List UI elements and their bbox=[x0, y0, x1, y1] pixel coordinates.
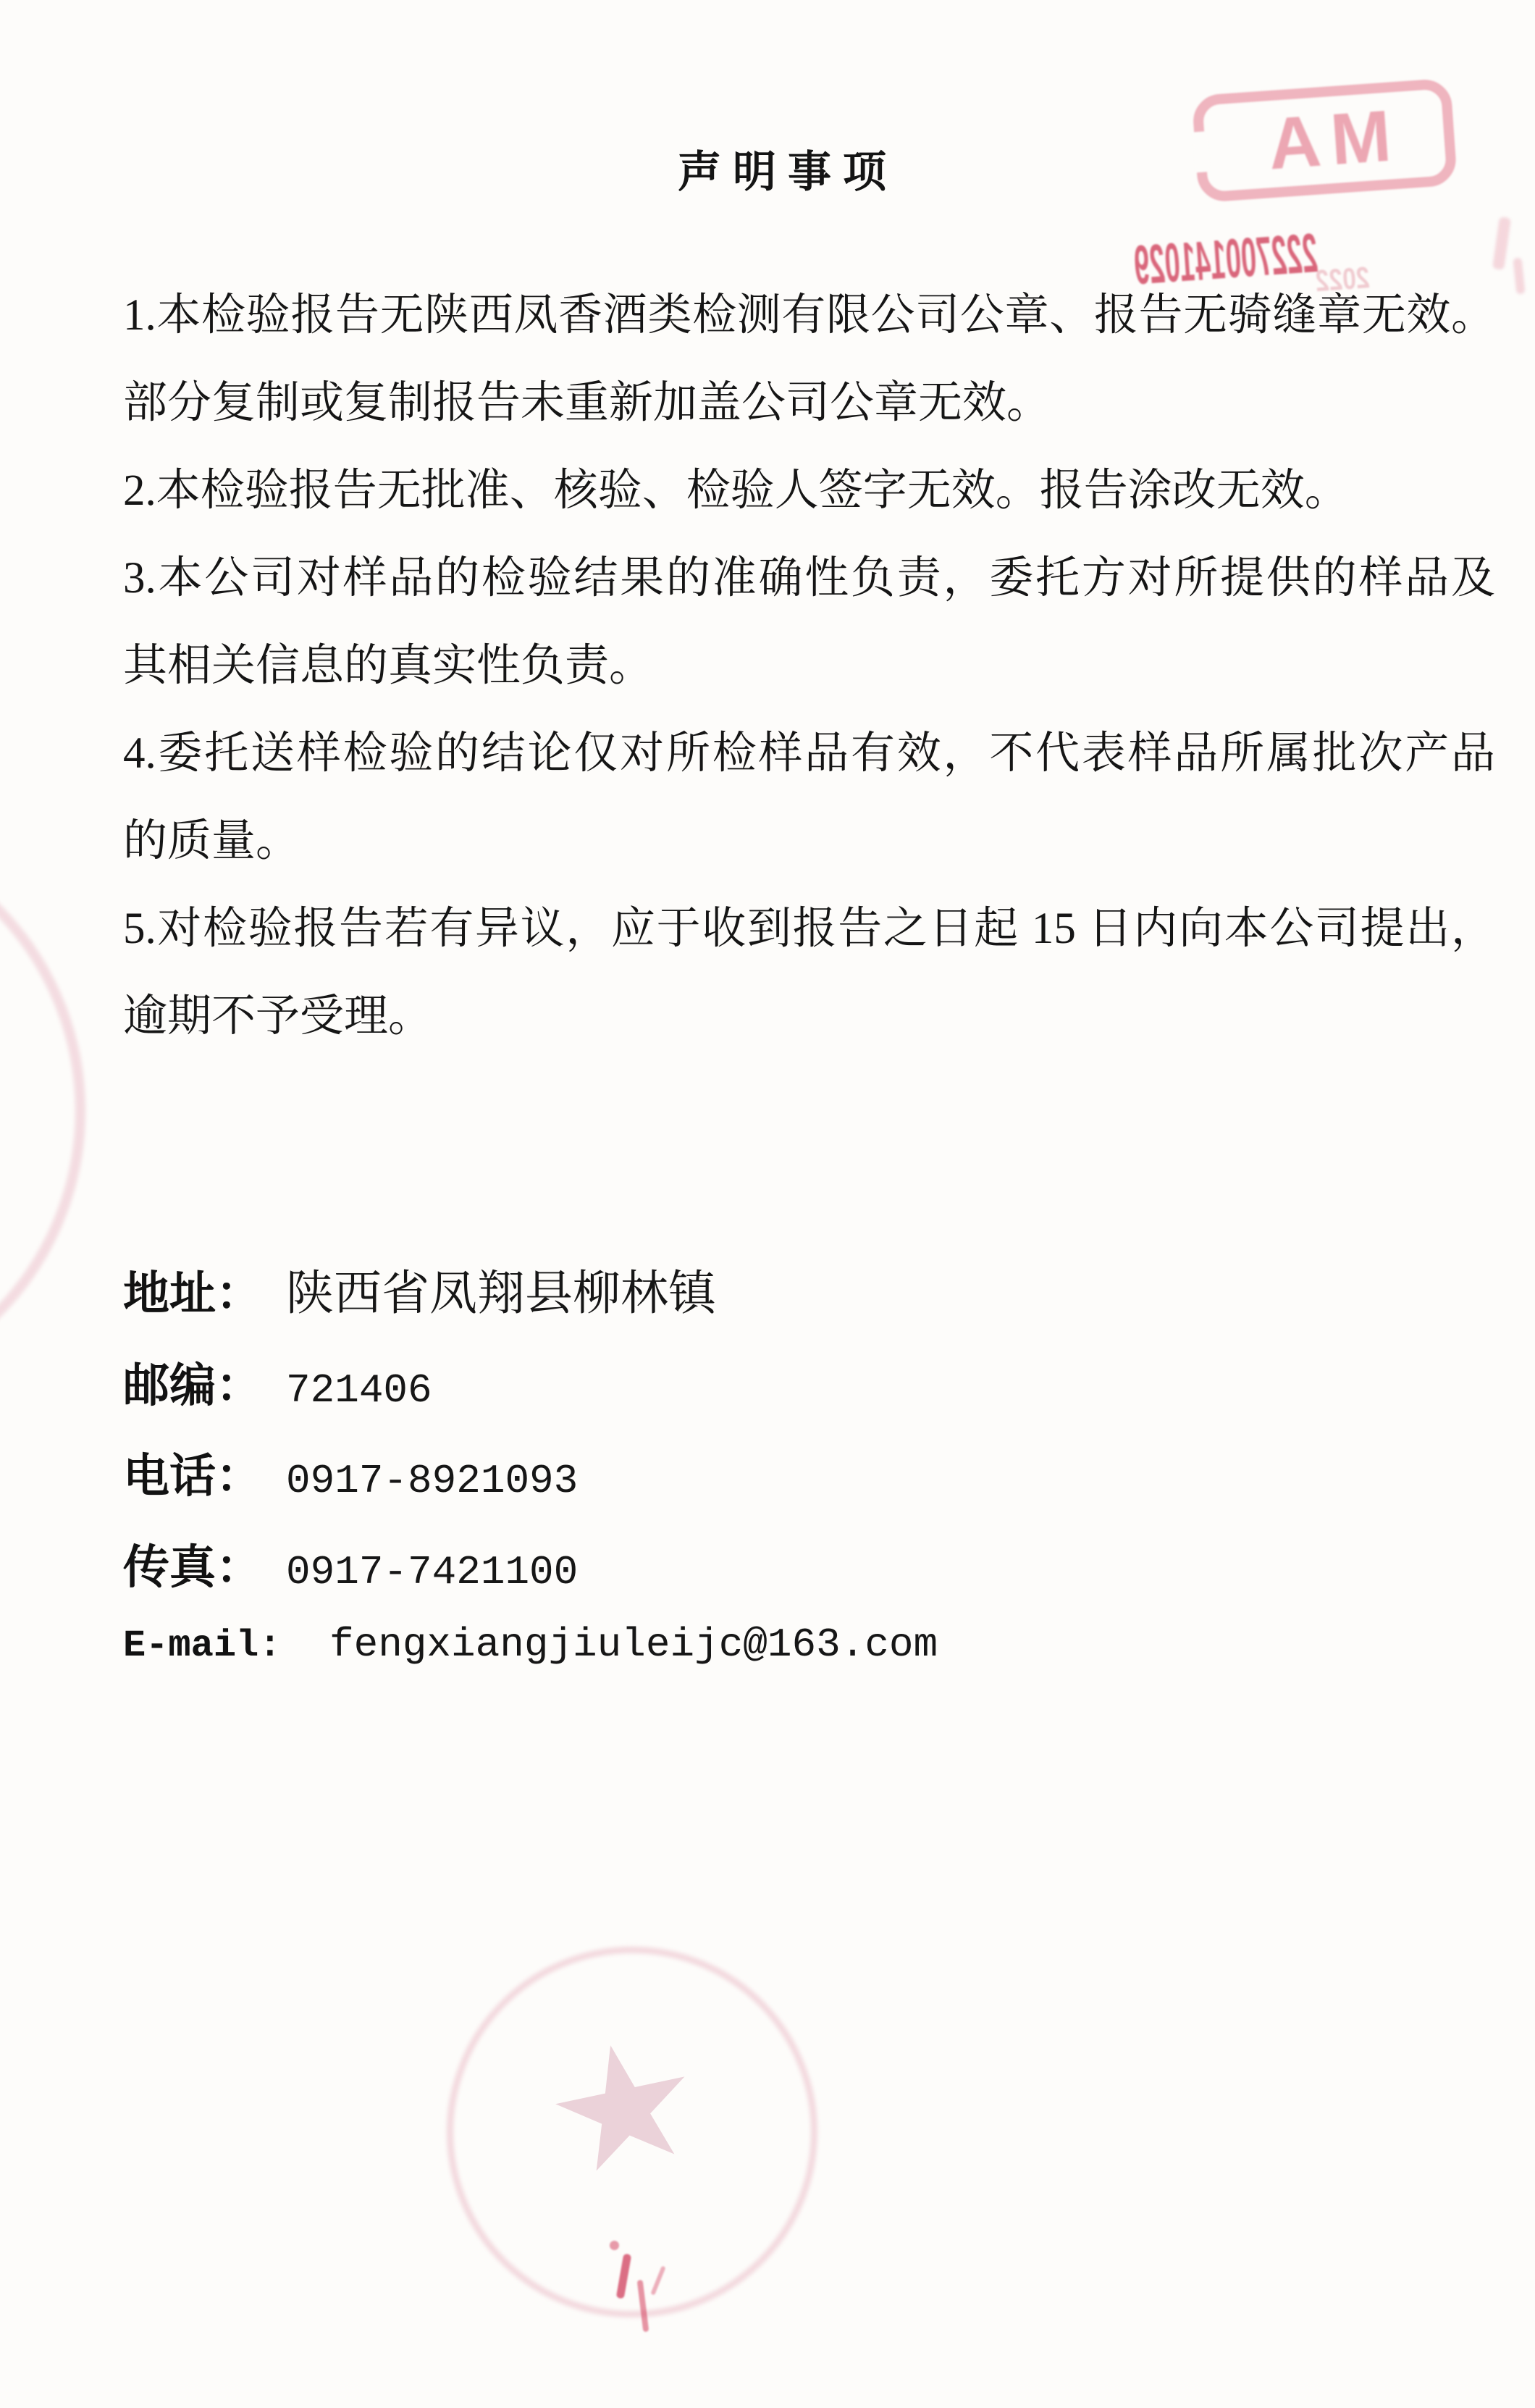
seal-ink-mark bbox=[610, 2241, 619, 2250]
statement-line-1b: 部分复制或复制报告未重新加盖公司公章无效。 bbox=[123, 359, 1495, 447]
statement-line-3b: 其相关信息的真实性负责。 bbox=[123, 622, 1495, 710]
statements-block: 1.本检验报告无陕西凤香酒类检测有限公司公章、报告无骑缝章无效。 部分复制或复制… bbox=[123, 272, 1495, 1060]
seal-ink-mark bbox=[616, 2254, 632, 2299]
postcode-label: 邮编： bbox=[123, 1348, 286, 1415]
seal-ink-mark bbox=[637, 2280, 649, 2332]
email-label: E-mail: bbox=[123, 1624, 329, 1667]
statement-line-3a: 3.本公司对样品的检验结果的准确性负责，委托方对所提供的样品及 bbox=[123, 534, 1495, 622]
star-icon bbox=[543, 2031, 705, 2189]
email-value: fengxiangjiuleijc@163.com bbox=[329, 1622, 938, 1668]
postcode-value: 721406 bbox=[286, 1367, 432, 1414]
page-title: 声明事项 bbox=[0, 138, 1535, 200]
scanned-report-page: 声明事项 1.本检验报告无陕西凤香酒类检测有限公司公章、报告无骑缝章无效。 部分… bbox=[0, 0, 1535, 2408]
contact-row-phone: 电话：0917-8921093 bbox=[123, 1439, 578, 1506]
seal-ink-mark bbox=[650, 2265, 665, 2295]
stamp-edge-fragment bbox=[1492, 217, 1511, 270]
statement-line-1a: 1.本检验报告无陕西凤香酒类检测有限公司公章、报告无骑缝章无效。 bbox=[123, 272, 1495, 359]
contact-row-fax: 传真：0917-7421100 bbox=[123, 1530, 578, 1597]
stamp-edge-fragment bbox=[1513, 258, 1525, 295]
address-label: 地址： bbox=[123, 1257, 286, 1323]
statement-line-4a: 4.委托送样检验的结论仅对所检样品有效，不代表样品所属批次产品 bbox=[123, 710, 1495, 797]
fax-label: 传真： bbox=[123, 1530, 286, 1597]
contact-block: 地址：陕西省凤翔县柳林镇 邮编：721406 电话：0917-8921093 传… bbox=[123, 1254, 1209, 1718]
phone-value: 0917-8921093 bbox=[286, 1458, 578, 1504]
fax-value: 0917-7421100 bbox=[286, 1549, 578, 1595]
statement-line-5a: 5.对检验报告若有异议，应于收到报告之日起 15 日内向本公司提出， bbox=[123, 885, 1495, 973]
phone-label: 电话： bbox=[123, 1439, 286, 1506]
seal-ring bbox=[447, 1947, 817, 2317]
address-value: 陕西省凤翔县柳林镇 bbox=[286, 1267, 716, 1320]
contact-row-postcode: 邮编：721406 bbox=[123, 1348, 432, 1415]
statement-line-5b: 逾期不予受理。 bbox=[123, 973, 1495, 1060]
statement-line-2: 2.本检验报告无批准、核验、检验人签字无效。报告涂改无效。 bbox=[123, 447, 1495, 534]
partial-seal-arc bbox=[0, 818, 85, 1404]
statement-line-4b: 的质量。 bbox=[123, 797, 1495, 885]
contact-row-email: E-mail:fengxiangjiuleijc@163.com bbox=[123, 1622, 938, 1668]
contact-row-address: 地址：陕西省凤翔县柳林镇 bbox=[123, 1254, 716, 1323]
